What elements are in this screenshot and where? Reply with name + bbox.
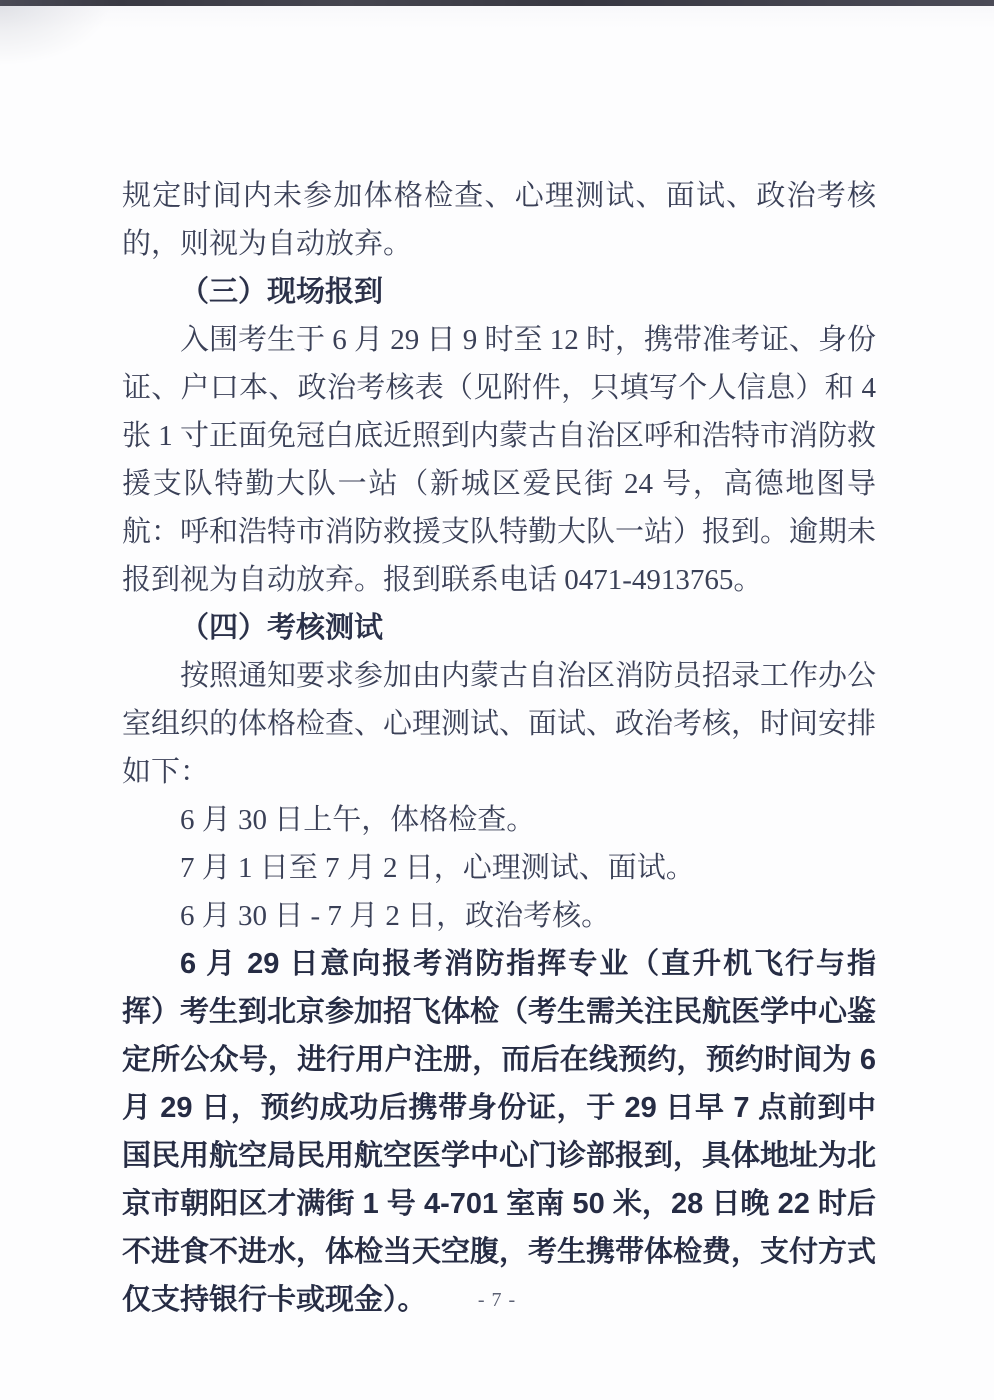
section-heading-assessment-test: （四）考核测试: [122, 604, 876, 652]
schedule-line-physical-exam: 6 月 30 日上午，体格检查。: [122, 796, 876, 844]
paragraph-onsite-checkin: 入围考生于 6 月 29 日 9 时至 12 时，携带准考证、身份证、户口本、政…: [122, 316, 876, 604]
document-page: 规定时间内未参加体格检查、心理测试、面试、政治考核的，则视为自动放弃。 （三）现…: [0, 0, 994, 1400]
document-content: 规定时间内未参加体格检查、心理测试、面试、政治考核的，则视为自动放弃。 （三）现…: [122, 172, 876, 1324]
schedule-line-psych-interview: 7 月 1 日至 7 月 2 日，心理测试、面试。: [122, 844, 876, 892]
page-number: - 7 -: [0, 1288, 994, 1312]
scan-artifact-top-left: [0, 6, 110, 66]
paragraph-assessment-intro: 按照通知要求参加由内蒙古自治区消防员招录工作办公室组织的体格检查、心理测试、面试…: [122, 652, 876, 796]
paragraph-continuation: 规定时间内未参加体格检查、心理测试、面试、政治考核的，则视为自动放弃。: [122, 172, 876, 268]
scan-edge-top: [0, 0, 994, 6]
bold-notice-flight-medical-exam: 6 月 29 日意向报考消防指挥专业（直升机飞行与指挥）考生到北京参加招飞体检（…: [122, 940, 876, 1324]
section-heading-onsite-checkin: （三）现场报到: [122, 268, 876, 316]
schedule-line-political-review: 6 月 30 日 - 7 月 2 日，政治考核。: [122, 892, 876, 940]
